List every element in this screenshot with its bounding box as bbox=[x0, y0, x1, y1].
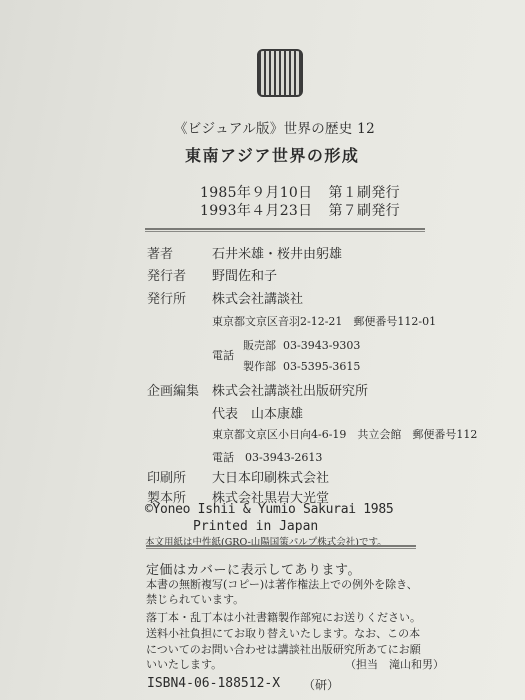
tel-sales-number: 03-3943-9303 bbox=[283, 339, 360, 352]
edition-row: 1985年９月10日第１刷発行 bbox=[200, 182, 400, 202]
publisher-person-value: 野間佐和子 bbox=[212, 265, 277, 284]
notice-line: いいたします。 bbox=[146, 657, 222, 672]
notice-line: 本書の無断複写(コピー)は著作権法上での例外を除き、 bbox=[146, 577, 418, 592]
book-title: 東南アジア世界の形成 bbox=[185, 143, 359, 166]
printer-label: 印刷所 bbox=[147, 467, 186, 486]
tel-sales-label: 販売部 bbox=[243, 339, 276, 352]
editing-address: 東京都文京区小日向4-6-19 共立会館 郵便番号112 bbox=[212, 426, 477, 442]
editing-tel: 電話 03-3943-2613 bbox=[212, 449, 322, 465]
ken-mark: （研） bbox=[303, 676, 339, 693]
tel-label: 電話 bbox=[212, 347, 234, 363]
publisher-person-label: 発行者 bbox=[147, 265, 186, 284]
notice-line: 禁じられています。 bbox=[146, 592, 244, 607]
tel-sales: 販売部 03-3943-9303 bbox=[243, 337, 360, 353]
price-note: 定価はカバーに表示してあります。 bbox=[146, 559, 361, 578]
edition-date: 1985年９月10日 bbox=[200, 185, 312, 201]
double-rule-divider bbox=[145, 228, 425, 232]
contact-person: （担当 滝山和男） bbox=[345, 657, 444, 672]
series-title: 《ビジュアル版》世界の歴史 12 bbox=[174, 117, 375, 137]
tel-production: 製作部 03-5395-3615 bbox=[243, 358, 360, 374]
notice-line: 送料小社負担にてお取り替えいたします。なお、この本 bbox=[146, 626, 420, 641]
publisher-seal-icon bbox=[257, 49, 303, 97]
notice-line: についてのお問い合わせは講談社出版研究所あてにお願 bbox=[146, 642, 421, 657]
author-label: 著者 bbox=[147, 243, 173, 262]
editing-label: 企画編集 bbox=[147, 380, 199, 399]
tel-production-number: 03-5395-3615 bbox=[283, 360, 360, 373]
isbn: ISBN4-06-188512-X bbox=[147, 676, 280, 691]
tel-production-label: 製作部 bbox=[243, 360, 276, 373]
publisher-value: 株式会社講談社 bbox=[212, 288, 303, 307]
editing-representative: 代表 山本康雄 bbox=[212, 403, 303, 422]
publisher-label: 発行所 bbox=[147, 288, 186, 307]
notice-line: 落丁本・乱丁本は小社書籍製作部宛にお送りください。 bbox=[146, 610, 421, 625]
edition-row: 1993年４月23日第７刷発行 bbox=[200, 200, 400, 220]
editing-value: 株式会社講談社出版研究所 bbox=[212, 380, 368, 399]
double-rule-divider bbox=[146, 545, 416, 549]
printer-value: 大日本印刷株式会社 bbox=[212, 467, 329, 486]
publisher-address: 東京都文京区音羽2-12-21 郵便番号112-01 bbox=[212, 313, 436, 329]
edition-printing: 第１刷発行 bbox=[328, 182, 400, 202]
edition-printing: 第７刷発行 bbox=[328, 200, 400, 220]
edition-date: 1993年４月23日 bbox=[200, 203, 312, 219]
author-value: 石井米雄・桜井由躬雄 bbox=[212, 243, 342, 262]
printed-in: Printed in Japan bbox=[193, 519, 318, 534]
copyright: ©Yoneo Ishii & Yumio Sakurai 1985 bbox=[145, 502, 393, 517]
